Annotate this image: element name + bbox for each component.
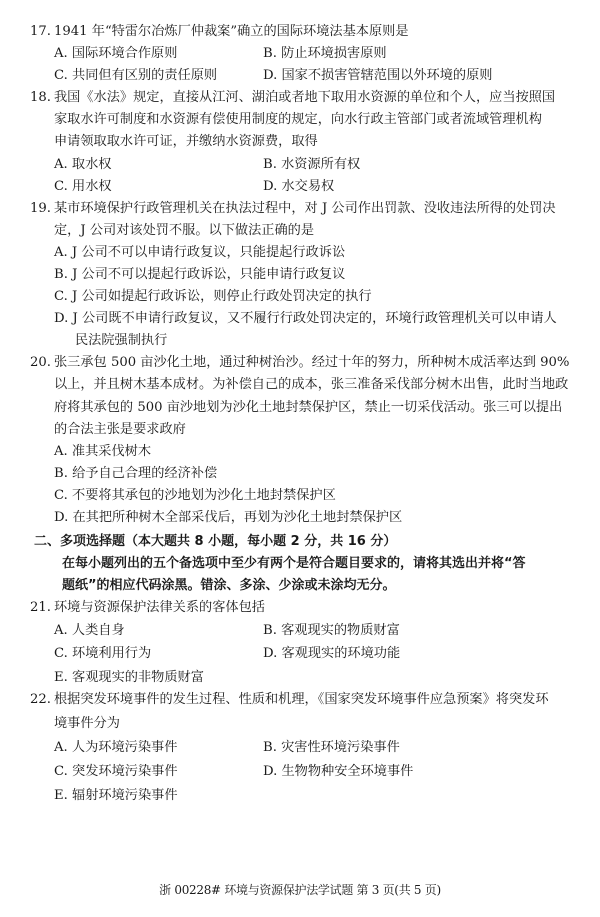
- option-a: A. 国际环境合作原则: [54, 44, 177, 64]
- question-stem-line: 我国《水法》规定，直接从江河、湖泊或者地下取用水资源的单位和个人，应当按照国: [54, 88, 555, 108]
- option-e: E. 客观现实的非物质财富: [54, 668, 204, 688]
- option-d: D. 生物物种安全环境事件: [263, 762, 413, 782]
- option-b: B. 防止环境损害原则: [263, 44, 387, 64]
- question-stem-line: 申请领取取水许可证，并缴纳水资源费，取得: [54, 132, 318, 152]
- question-stem-line: 府将其承包的 500 亩沙地划为沙化土地封禁保护区，禁止一切采伐活动。张三可以提…: [54, 398, 562, 418]
- option-a: A. J 公司不可以申请行政复议，只能提起行政诉讼: [54, 243, 345, 263]
- option-b: B. J 公司不可以提起行政诉讼，只能申请行政复议: [54, 265, 345, 285]
- question-number: 20.: [30, 353, 54, 373]
- option-d: D. 国家不损害管辖范围以外环境的原则: [263, 66, 493, 86]
- option-c: C. J 公司如提起行政诉讼，则停止行政处罚决定的执行: [54, 287, 372, 307]
- question-number: 17.: [30, 22, 54, 42]
- question-stem-line: 定，J 公司对该处罚不服。以下做法正确的是: [54, 221, 314, 241]
- exam-page: 17. 1941 年“特雷尔冶炼厂仲裁案”确立的国际环境法基本原则是 A. 国际…: [0, 0, 600, 917]
- question-number: 22.: [30, 690, 54, 710]
- question-stem-line: 的合法主张是要求政府: [54, 420, 186, 440]
- option-e: E. 辐射环境污染事件: [54, 786, 178, 806]
- option-c: C. 用水权: [54, 177, 112, 197]
- option-d: D. J 公司既不申请行政复议，又不履行行政处罚决定的，环境行政管理机关可以申请…: [54, 309, 557, 329]
- section-title: 二、多项选择题（本大题共 8 小题，每小题 2 分，共 16 分）: [34, 532, 396, 552]
- footer-code: 浙 00228#: [159, 883, 224, 897]
- option-a: A. 人为环境污染事件: [54, 738, 177, 758]
- question-stem: 1941 年“特雷尔冶炼厂仲裁案”确立的国际环境法基本原则是: [54, 22, 409, 42]
- option-b: B. 给予自己合理的经济补偿: [54, 464, 217, 484]
- question-stem-line: 根据突发环境事件的发生过程、性质和机理，《国家突发环境事件应急预案》将突发环: [54, 690, 549, 710]
- option-b: B. 灾害性环境污染事件: [263, 738, 400, 758]
- option-c: C. 突发环境污染事件: [54, 762, 178, 782]
- option-d: D. 客观现实的环境功能: [263, 644, 400, 664]
- section-instruction-line: 题纸”的相应代码涂黑。错涂、多涂、少涂或未涂均无分。: [62, 576, 396, 596]
- option-c: C. 环境利用行为: [54, 644, 151, 664]
- question-stem-line: 家取水许可制度和水资源有偿使用制度的规定，向水行政主管部门或者流域管理机构: [54, 110, 542, 130]
- option-c: C. 不要将其承包的沙地划为沙化土地封禁保护区: [54, 486, 336, 506]
- section-instruction-line: 在每小题列出的五个备选项中至少有两个是符合题目要求的，请将其选出并将“答: [62, 554, 526, 574]
- question-stem-line: 以上，并且树木基本成材。为补偿自己的成本，张三准备采伐部分树木出售，此时当地政: [54, 375, 568, 395]
- option-a: A. 人类自身: [54, 621, 125, 641]
- option-a: A. 准其采伐树木: [54, 442, 151, 462]
- footer-text: 环境与资源保护法学试题 第 3 页(共 5 页): [224, 883, 441, 897]
- option-b: B. 客观现实的物质财富: [263, 621, 400, 641]
- page-footer: 浙 00228# 环境与资源保护法学试题 第 3 页(共 5 页): [0, 881, 600, 898]
- question-number: 19.: [30, 199, 54, 219]
- option-d: D. 在其把所种树木全部采伐后，再划为沙化土地封禁保护区: [54, 508, 402, 528]
- question-stem-line: 境事件分为: [54, 714, 120, 734]
- question-number: 21.: [30, 598, 54, 618]
- option-c: C. 共同但有区别的责任原则: [54, 66, 217, 86]
- option-b: B. 水资源所有权: [263, 155, 360, 175]
- question-number: 18.: [30, 88, 54, 108]
- option-d: D. 水交易权: [263, 177, 334, 197]
- question-stem: 环境与资源保护法律关系的客体包括: [54, 598, 265, 618]
- option-a: A. 取水权: [54, 155, 111, 175]
- question-stem-line: 张三承包 500 亩沙化土地，通过种树治沙。经过十年的努力，所种树木成活率达到 …: [54, 353, 569, 373]
- option-d-continued: 民法院强制执行: [75, 331, 167, 351]
- question-stem-line: 某市环境保护行政管理机关在执法过程中，对 J 公司作出罚款、没收违法所得的处罚决: [54, 199, 556, 219]
